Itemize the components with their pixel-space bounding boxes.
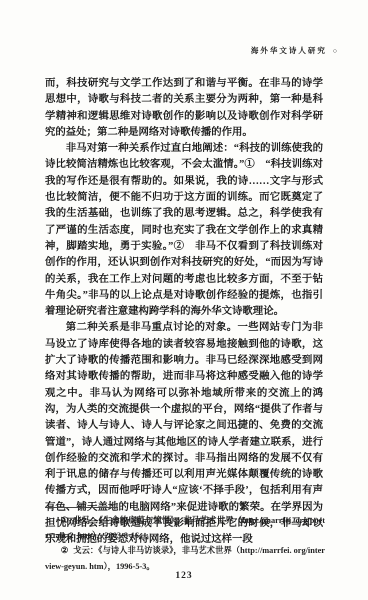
footnote-marker: ① bbox=[61, 516, 69, 525]
book-page: 海外华文诗人研究 ○ 而，科技研究与文学工作达到了和谐与平衡。在非马的诗学思想中… bbox=[0, 0, 368, 600]
running-header: 海外华文诗人研究 ○ bbox=[251, 45, 337, 56]
header-ornament-icon: ○ bbox=[333, 47, 337, 55]
footnote: ①非马：《生命的底蕴与憧憬》，非马艺术世界（http://marrfei. or… bbox=[45, 513, 325, 543]
footnote-text: 非马：《生命的底蕴与憧憬》，非马艺术世界（http://marrfei. org… bbox=[45, 516, 325, 540]
page-number: 123 bbox=[0, 571, 368, 581]
footnotes: ①非马：《生命的底蕴与憧憬》，非马艺术世界（http://marrfei. or… bbox=[45, 513, 325, 574]
paragraph: 非马对第一种关系作过直白地阐述：“科技的训练使我的诗比较简洁精炼也比较客观，不会… bbox=[45, 141, 323, 320]
footnote-text: 戈云：《与诗人非马访谈录》，非马艺术世界（http://marrfei. org… bbox=[45, 546, 325, 570]
footnote-marker: ② bbox=[61, 546, 68, 555]
running-title: 海外华文诗人研究 bbox=[251, 46, 327, 55]
paragraph-continuation: 而，科技研究与文学工作达到了和谐与平衡。在非马的诗学思想中，诗歌与科技二者的关系… bbox=[45, 76, 323, 141]
footnote: ②戈云：《与诗人非马访谈录》，非马艺术世界（http://marrfei. or… bbox=[45, 543, 325, 573]
footnote-separator bbox=[45, 507, 118, 508]
body-text: 而，科技研究与文学工作达到了和谐与平衡。在非马的诗学思想中，诗歌与科技二者的关系… bbox=[45, 76, 323, 549]
